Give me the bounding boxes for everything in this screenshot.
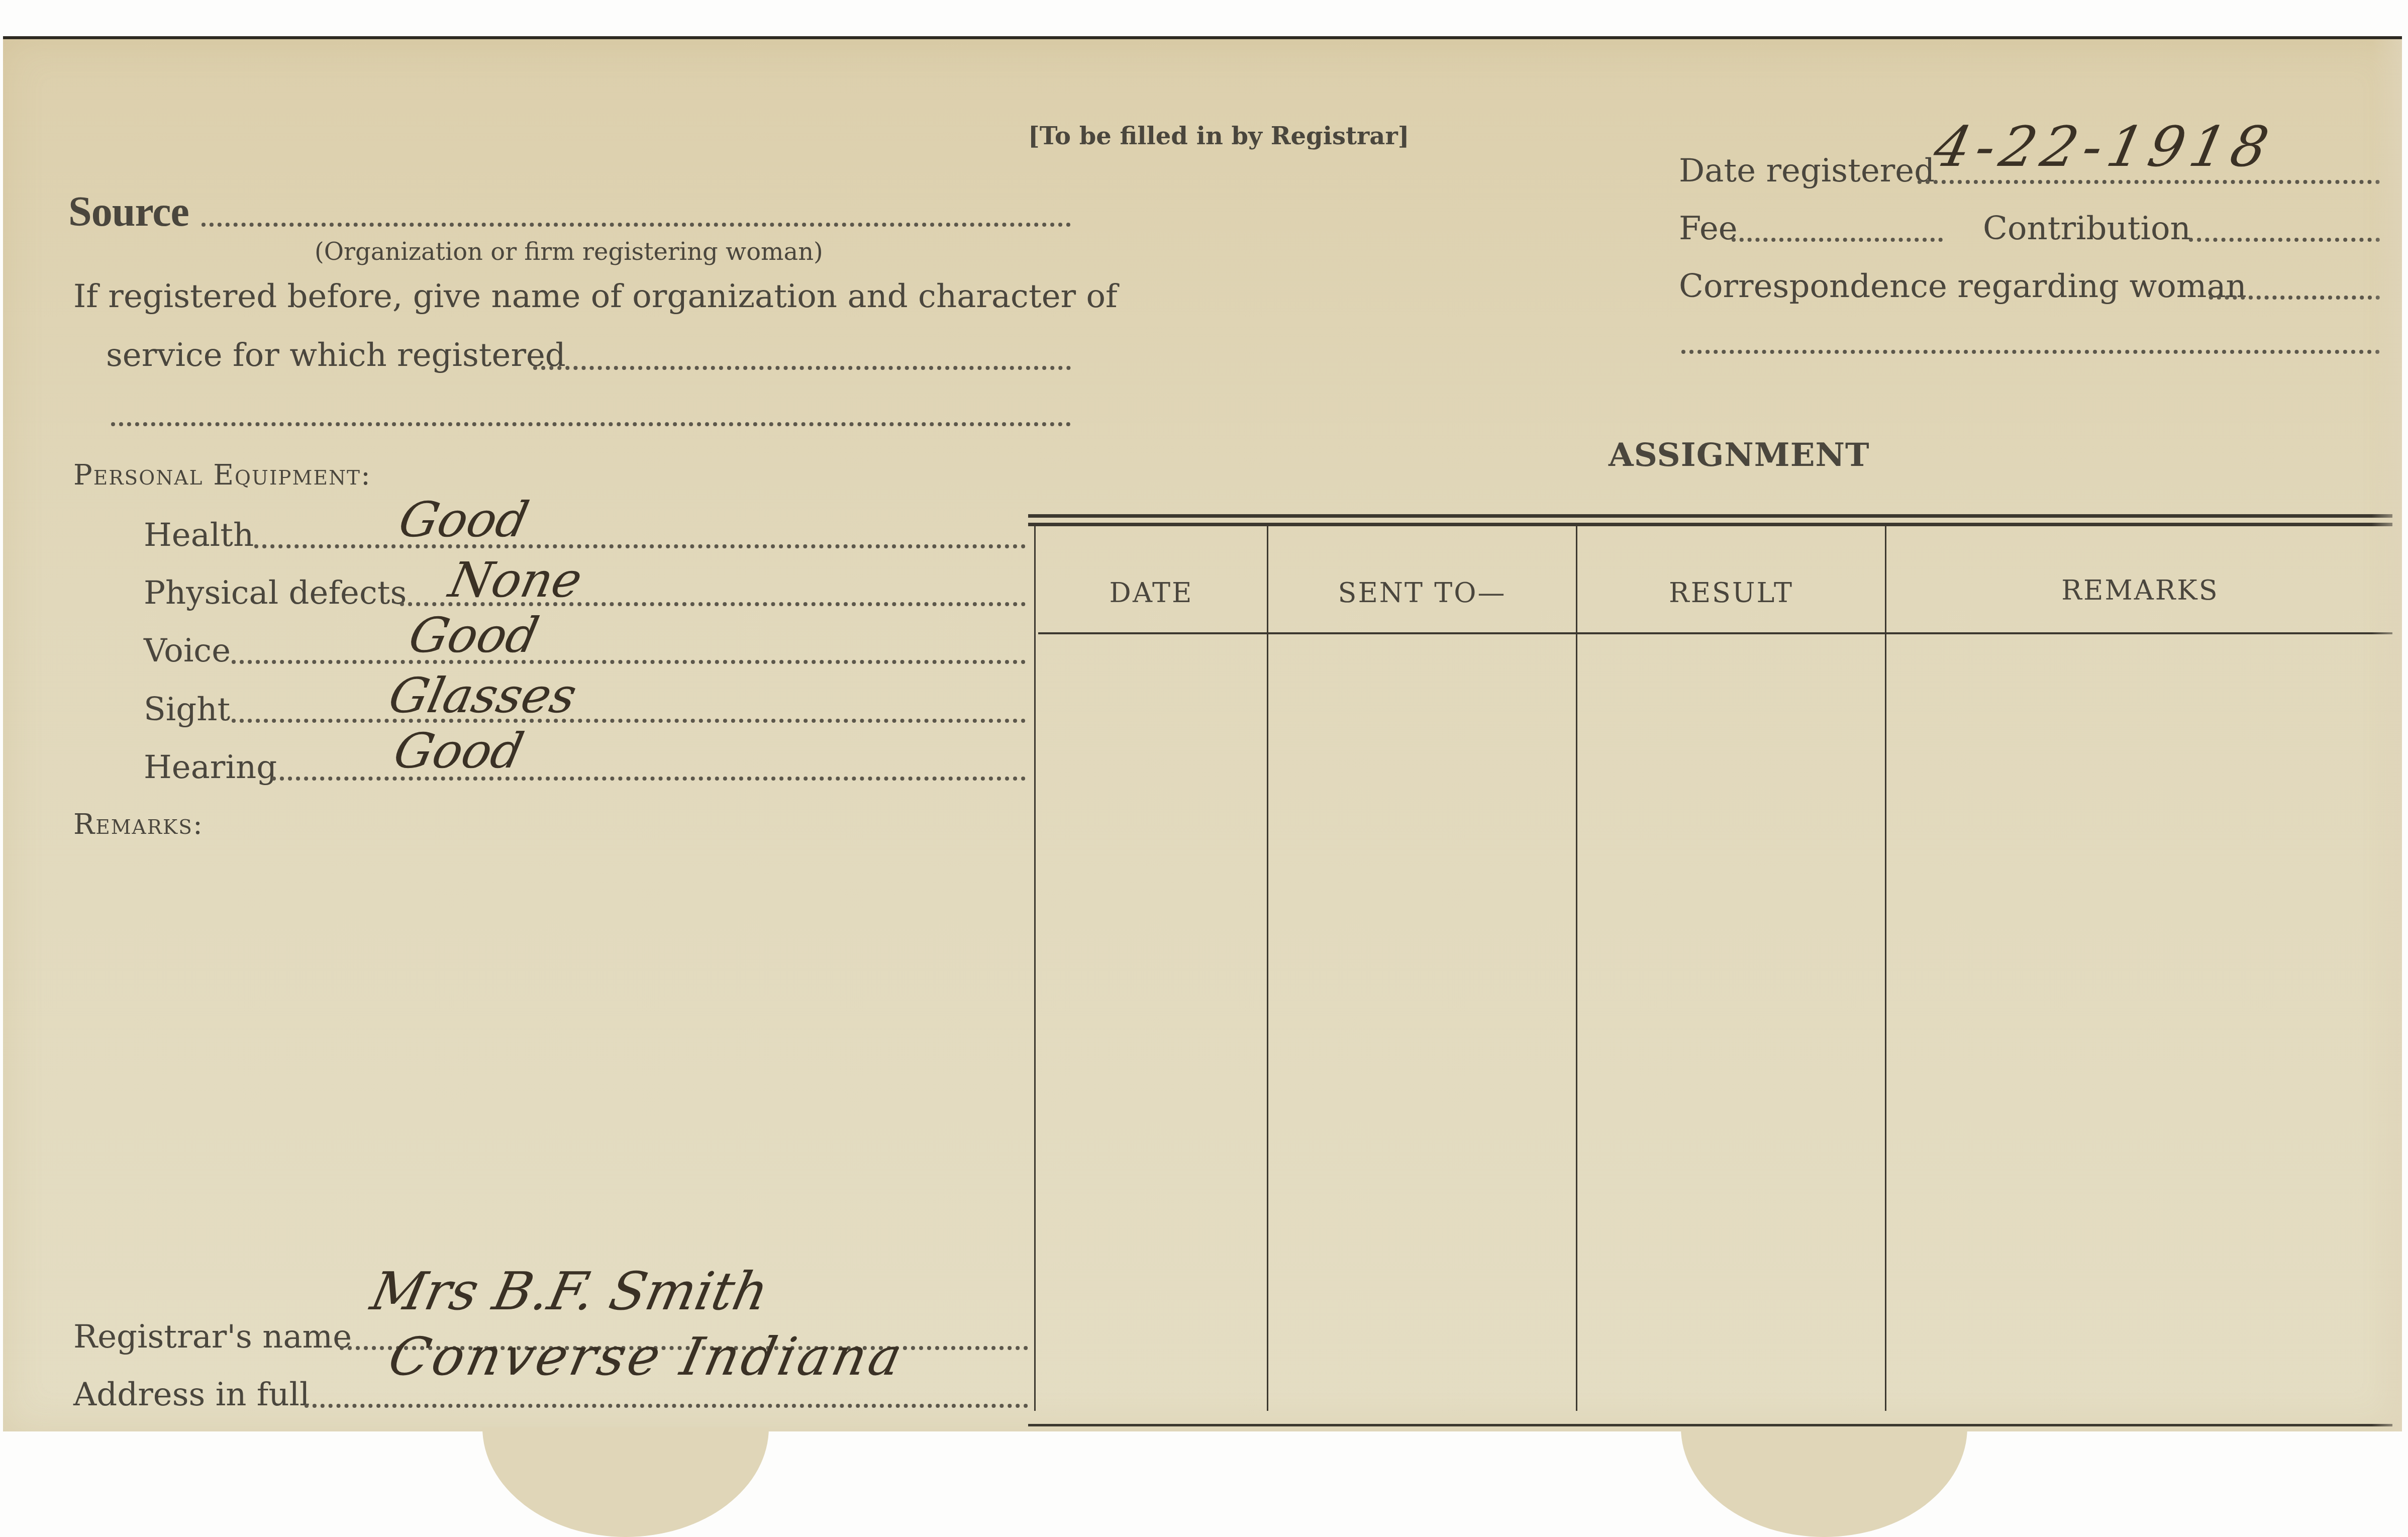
address-value: Converse Indiana [383, 1326, 910, 1387]
bottom-rule [1028, 1424, 2392, 1426]
voice-field[interactable] [232, 660, 1026, 664]
contribution-field[interactable] [2189, 238, 2380, 242]
column-header-remarks: REMARKS [1886, 574, 2394, 606]
correspondence-field-2[interactable] [1681, 350, 2380, 354]
physical-defects-value: None [444, 552, 587, 608]
column-header-date: DATE [1036, 577, 1267, 609]
contribution-label: Contribution [1983, 210, 2191, 247]
health-field[interactable] [254, 544, 1026, 548]
date-registered-value: 4-22-1918 [1928, 115, 2279, 179]
prior-registration-label-2: service for which registered [106, 337, 566, 374]
health-label: Health [144, 517, 254, 554]
column-header-result: RESULT [1577, 577, 1885, 609]
prior-registration-field-2[interactable] [111, 422, 1071, 426]
prior-registration-label-1: If registered before, give name of organ… [73, 278, 1118, 315]
date-registered-field[interactable] [1918, 180, 2380, 184]
assignment-cell-date[interactable] [1036, 635, 1266, 1409]
sight-label: Sight [144, 691, 230, 728]
registrar-instruction: [To be filled in by Registrar] [1028, 122, 1409, 150]
assignment-title: ASSIGNMENT [1609, 436, 1870, 474]
hearing-value: Good [389, 723, 529, 779]
source-label: Source [68, 187, 189, 236]
registrar-name-label: Registrar's name [73, 1318, 352, 1356]
header-underline [1038, 632, 2392, 634]
personal-equipment-title: Personal Equipment: [73, 459, 371, 492]
col-border-3 [1885, 526, 1886, 1411]
assignment-double-rule-top [1028, 514, 2392, 518]
assignment-cell-remarks[interactable] [1887, 635, 2392, 1409]
sight-value: Glasses [384, 667, 581, 724]
assignment-double-rule-bottom [1028, 523, 2392, 526]
correspondence-label: Correspondence regarding woman [1679, 268, 2247, 305]
hearing-field[interactable] [272, 777, 1026, 781]
source-field[interactable] [202, 223, 1071, 227]
registrar-name-value: Mrs B.F. Smith [366, 1261, 774, 1322]
health-value: Good [394, 492, 534, 548]
assignment-cell-result[interactable] [1578, 635, 1884, 1409]
registration-card: [To be filled in by Registrar] Source (O… [3, 36, 2402, 1431]
prior-registration-field[interactable] [533, 366, 1071, 370]
correspondence-field[interactable] [2209, 296, 2380, 300]
address-label: Address in full [73, 1376, 310, 1413]
assignment-cell-sent-to[interactable] [1269, 635, 1575, 1409]
hearing-label: Hearing [144, 749, 277, 786]
index-tab-right [1681, 1427, 1967, 1537]
fee-label: Fee [1679, 210, 1738, 247]
voice-label: Voice [144, 632, 231, 669]
index-tab-left [482, 1427, 769, 1537]
remarks-label: Remarks: [73, 808, 204, 841]
fee-field[interactable] [1732, 238, 1943, 242]
date-registered-label: Date registered [1679, 152, 1935, 189]
voice-value: Good [404, 607, 544, 663]
physical-defects-label: Physical defects [144, 574, 407, 612]
source-sublabel: (Organization or firm registering woman) [315, 238, 823, 266]
col-border-1 [1267, 526, 1268, 1411]
col-border-2 [1576, 526, 1577, 1411]
column-header-sent-to: SENT TO— [1268, 577, 1576, 609]
col-border-left [1034, 526, 1036, 1411]
sight-field[interactable] [232, 719, 1026, 723]
address-field[interactable] [305, 1404, 1028, 1408]
